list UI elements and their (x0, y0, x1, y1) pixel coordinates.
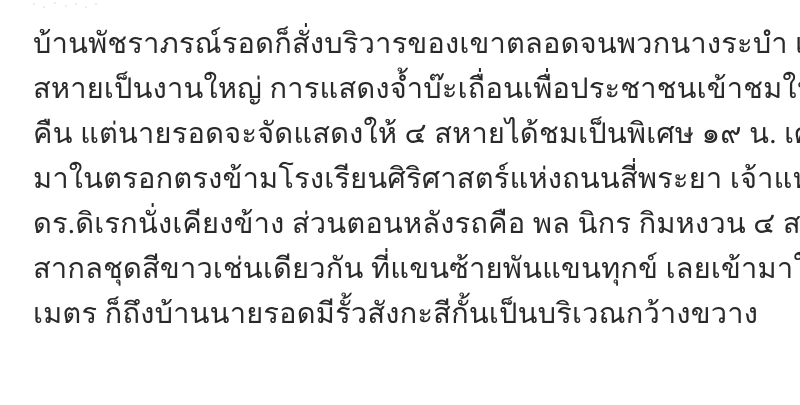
text-line: สหายเป็นงานใหญ่ การแสดงจ้ำบ๊ะเถื่อนเพื่อ… (33, 67, 790, 112)
text-line: เมตร ก็ถึงบ้านนายรอดมีรั้วสังกะสีกั้นเป็… (33, 292, 790, 337)
text-line: บ้านพัชราภรณ์รอดก็สั่งบริวารของเขาตลอดจน… (33, 22, 790, 67)
document-page: บ้านพัชราภรณ์รอดก็สั่งบริวารของเขาตลอดจน… (0, 0, 800, 405)
text-line: คืน แต่นายรอดจะจัดแสดงให้ ๔ สหายได้ชมเป็… (33, 112, 790, 157)
text-line: ดร.ดิเรกนั่งเคียงข้าง ส่วนตอนหลังรถคือ พ… (33, 202, 790, 247)
text-line: สากลชุดสีขาวเช่นเดียวกัน ที่แขนซ้ายพันแข… (33, 247, 790, 292)
paragraph: บ้านพัชราภรณ์รอดก็สั่งบริวารของเขาตลอดจน… (33, 22, 790, 337)
cropped-text-artifact (28, 0, 106, 11)
text-line: มาในตรอกตรงข้ามโรงเรียนศิริศาสตร์แห่งถนน… (33, 157, 790, 202)
